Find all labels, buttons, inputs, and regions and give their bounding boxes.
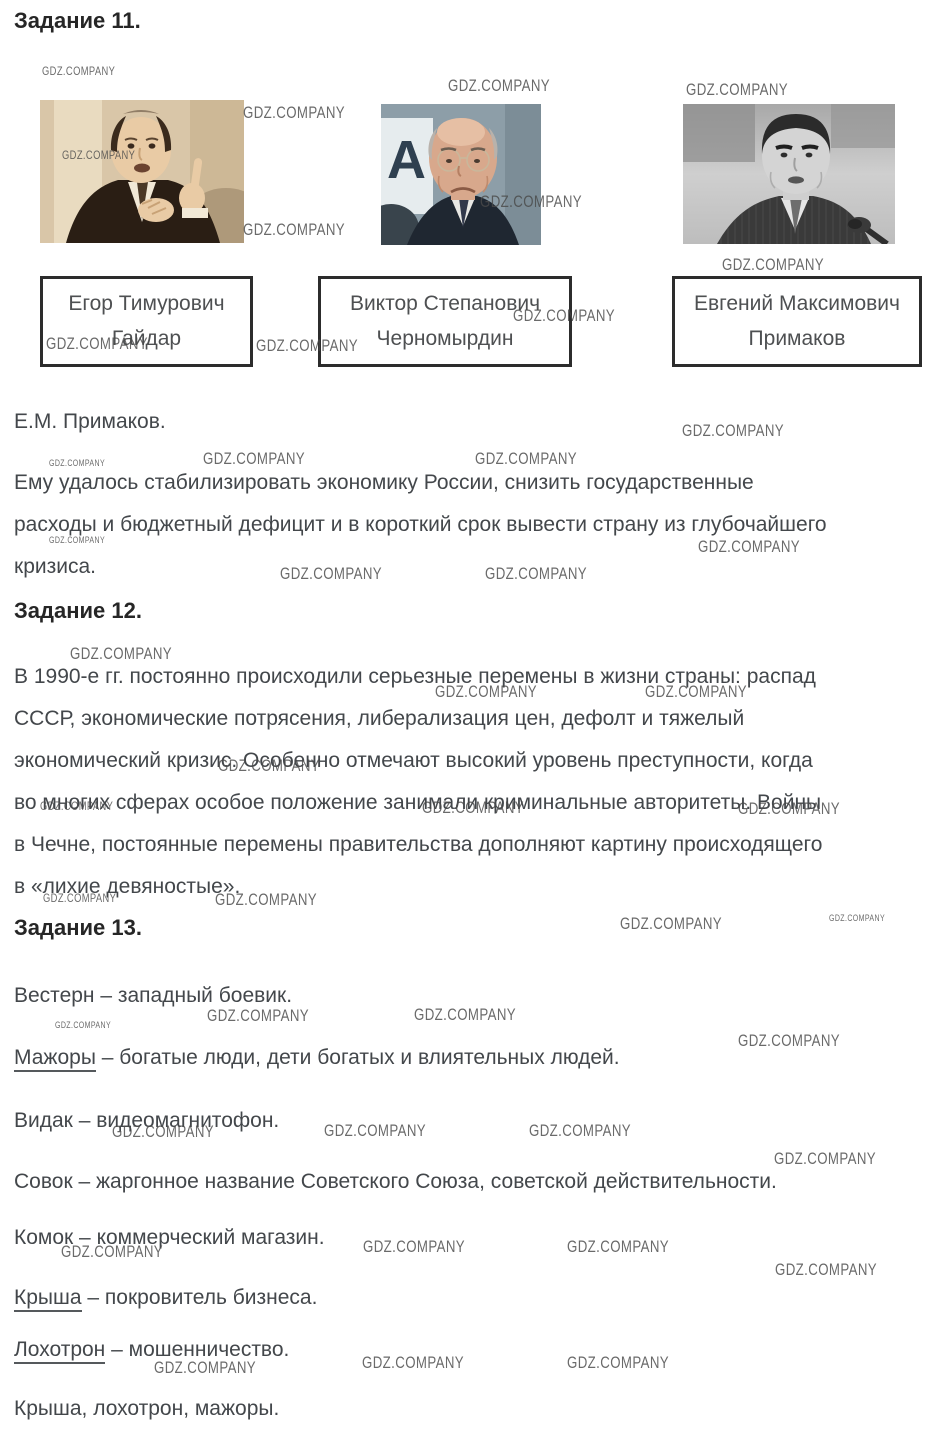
gaidar-name-box: Егор Тимурович Гайдар [40, 276, 253, 367]
name-line: Егор Тимурович [68, 292, 224, 316]
watermark: GDZ.COMPANY [686, 80, 788, 100]
watermark: GDZ.COMPANY [324, 1121, 426, 1141]
watermark: GDZ.COMPANY [774, 1149, 876, 1169]
name-line: Виктор Степанович [350, 292, 540, 316]
svg-text:А: А [387, 130, 426, 190]
definition-text: – покровитель бизнеса. [82, 1286, 318, 1309]
definition-item: Лохотрон – мошенничество. [14, 1338, 289, 1362]
primakov-photo [683, 104, 895, 244]
document-page: Задание 11. А [0, 0, 933, 1431]
gaidar-photo [40, 100, 244, 243]
name-line: Евгений Максимович [694, 292, 900, 316]
watermark: GDZ.COMPANY [567, 1353, 669, 1373]
definition-term: Лохотрон [14, 1338, 105, 1364]
watermark: GDZ.COMPANY [722, 255, 824, 275]
definition-item: Совок – жаргонное название Советского Со… [14, 1170, 777, 1194]
definition-term: Видак [14, 1109, 73, 1132]
answer-line: расходы и бюджетный дефицит и в короткий… [14, 504, 827, 546]
watermark: GDZ.COMPANY [620, 914, 722, 934]
watermark: GDZ.COMPANY [567, 1237, 669, 1257]
definition-text: – западный боевик. [95, 984, 293, 1007]
task12-answer-text: В 1990-е гг. постоянно происходили серье… [14, 656, 822, 908]
definition-text: – коммерческий магазин. [73, 1226, 324, 1249]
definition-term: Комок [14, 1226, 73, 1249]
definition-text: – видеомагнитофон. [73, 1109, 279, 1132]
definition-text: – жаргонное название Советского Союза, с… [73, 1170, 777, 1193]
watermark: GDZ.COMPANY [42, 64, 115, 78]
watermark: GDZ.COMPANY [362, 1353, 464, 1373]
definition-text: – богатые люди, дети богатых и влиятельн… [96, 1046, 620, 1069]
watermark: GDZ.COMPANY [775, 1260, 877, 1280]
chernomyrdin-name-box: Виктор Степанович Черномырдин [318, 276, 572, 367]
watermark: GDZ.COMPANY [529, 1121, 631, 1141]
answer-line: во многих сферах особое положение занима… [14, 782, 822, 824]
watermark: GDZ.COMPANY [243, 103, 345, 123]
task11-answer-name: Е.М. Примаков. [14, 410, 166, 434]
task12-heading: Задание 12. [14, 598, 142, 624]
answer-line: в «лихие девяностые». [14, 866, 822, 908]
task11-answer-text: Ему удалось стабилизировать экономику Ро… [14, 462, 827, 588]
watermark: GDZ.COMPANY [448, 76, 550, 96]
answer-line: в Чечне, постоянные перемены правительст… [14, 824, 822, 866]
task13-heading: Задание 13. [14, 915, 142, 941]
name-line: Гайдар [112, 327, 181, 351]
watermark: GDZ.COMPANY [738, 1031, 840, 1051]
definition-item: Вестерн – западный боевик. [14, 984, 292, 1008]
definition-term: Мажоры [14, 1046, 96, 1072]
answer-line: СССР, экономические потрясения, либерали… [14, 698, 822, 740]
definition-item: Комок – коммерческий магазин. [14, 1226, 325, 1250]
answer-line: кризиса. [14, 546, 827, 588]
watermark: GDZ.COMPANY [363, 1237, 465, 1257]
answer-line: экономический кризис. Особенно отмечают … [14, 740, 822, 782]
answer-line: Ему удалось стабилизировать экономику Ро… [14, 462, 827, 504]
chernomyrdin-photo: А [381, 104, 541, 245]
watermark: GDZ.COMPANY [55, 1020, 111, 1030]
watermark: GDZ.COMPANY [682, 421, 784, 441]
definition-text: – мошенничество. [105, 1338, 289, 1361]
name-line: Примаков [749, 327, 846, 351]
primakov-name-box: Евгений Максимович Примаков [672, 276, 922, 367]
task11-heading: Задание 11. [14, 8, 141, 34]
task13-final-line: Крыша, лохотрон, мажоры. [14, 1397, 279, 1421]
watermark: GDZ.COMPANY [829, 913, 885, 923]
answer-line: В 1990-е гг. постоянно происходили серье… [14, 656, 822, 698]
name-line: Черномырдин [377, 327, 514, 351]
definition-term: Совок [14, 1170, 73, 1193]
definition-term: Крыша [14, 1286, 82, 1312]
definition-item: Видак – видеомагнитофон. [14, 1109, 279, 1133]
watermark: GDZ.COMPANY [414, 1005, 516, 1025]
definition-item: Крыша – покровитель бизнеса. [14, 1286, 317, 1310]
watermark: GDZ.COMPANY [243, 220, 345, 240]
definition-term: Вестерн [14, 984, 95, 1007]
definition-item: Мажоры – богатые люди, дети богатых и вл… [14, 1046, 620, 1070]
watermark: GDZ.COMPANY [207, 1006, 309, 1026]
